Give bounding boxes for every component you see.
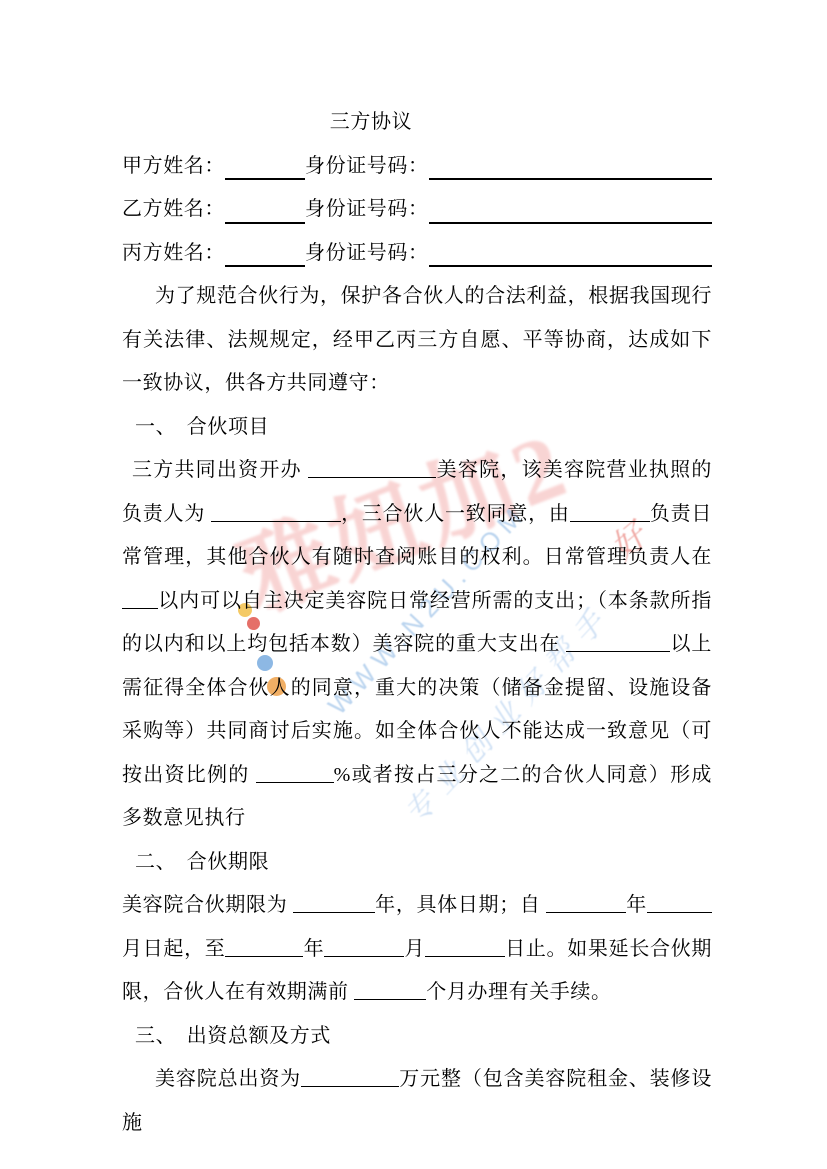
document-content: 三方协议 甲方姓名： 身份证号码： 乙方姓名： 身份证号码： 丙方姓名： 身份证…: [0, 0, 827, 1145]
section-1-paragraph: 三方共同出资开办 美容院，该美容院营业执照的负责人为 ，三合伙人一致同意，由负责…: [122, 449, 712, 841]
section-3-paragraph: 美容院总出资为万元整（包含美容院租金、装修设施: [122, 1058, 712, 1145]
party-name-label: 乙方姓名：: [122, 188, 225, 232]
fill-in-blank: [308, 474, 436, 478]
fill-in-blank: [256, 779, 334, 783]
fill-in-blank: [324, 953, 404, 957]
section-heading-2: 二、 合伙期限: [122, 841, 712, 885]
party-row-bing: 丙方姓名： 身份证号码：: [122, 232, 712, 276]
party-id-fill-blank: [429, 222, 712, 224]
section-heading-1: 一、 合伙项目: [122, 406, 712, 450]
fill-in-blank: [293, 909, 375, 913]
party-name-label: 甲方姓名：: [122, 145, 225, 189]
fill-in-blank: [225, 953, 303, 957]
preamble-paragraph: 为了规范合伙行为，保护各合伙人的合法利益，根据我国现行有关法律、法规规定，经甲乙…: [122, 275, 712, 406]
party-id-label: 身份证号码：: [305, 188, 429, 232]
fill-in-blank: [546, 909, 626, 913]
party-id-fill-blank: [429, 265, 712, 267]
fill-in-blank: [211, 518, 341, 522]
fill-in-blank: [354, 996, 426, 1000]
party-name-fill-blank: [225, 178, 305, 180]
section-2-paragraph: 美容院合伙期限为 年，具体日期；自 年月日起，至年月日止。如果延长合伙期限，合伙…: [122, 884, 712, 1015]
party-name-fill-blank: [225, 265, 305, 267]
party-id-fill-blank: [429, 178, 712, 180]
document-page: 雅妞加2 WWW.N2U.COM 专业创业好帮手 好 三方协议 甲方姓名： 身份…: [0, 0, 827, 1169]
fill-in-blank: [425, 953, 505, 957]
fill-in-blank: [570, 518, 650, 522]
party-id-label: 身份证号码：: [305, 232, 429, 276]
fill-in-blank: [122, 605, 158, 609]
fill-in-blank: [647, 909, 712, 913]
fill-in-blank: [301, 1083, 399, 1087]
section-heading-3: 三、 出资总额及方式: [122, 1015, 712, 1059]
party-row-yi: 乙方姓名： 身份证号码：: [122, 188, 712, 232]
fill-in-blank: [566, 648, 670, 652]
party-id-label: 身份证号码：: [305, 145, 429, 189]
party-name-fill-blank: [225, 222, 305, 224]
party-row-jia: 甲方姓名： 身份证号码：: [122, 145, 712, 189]
document-title: 三方协议: [76, 101, 666, 145]
party-name-label: 丙方姓名：: [122, 232, 225, 276]
